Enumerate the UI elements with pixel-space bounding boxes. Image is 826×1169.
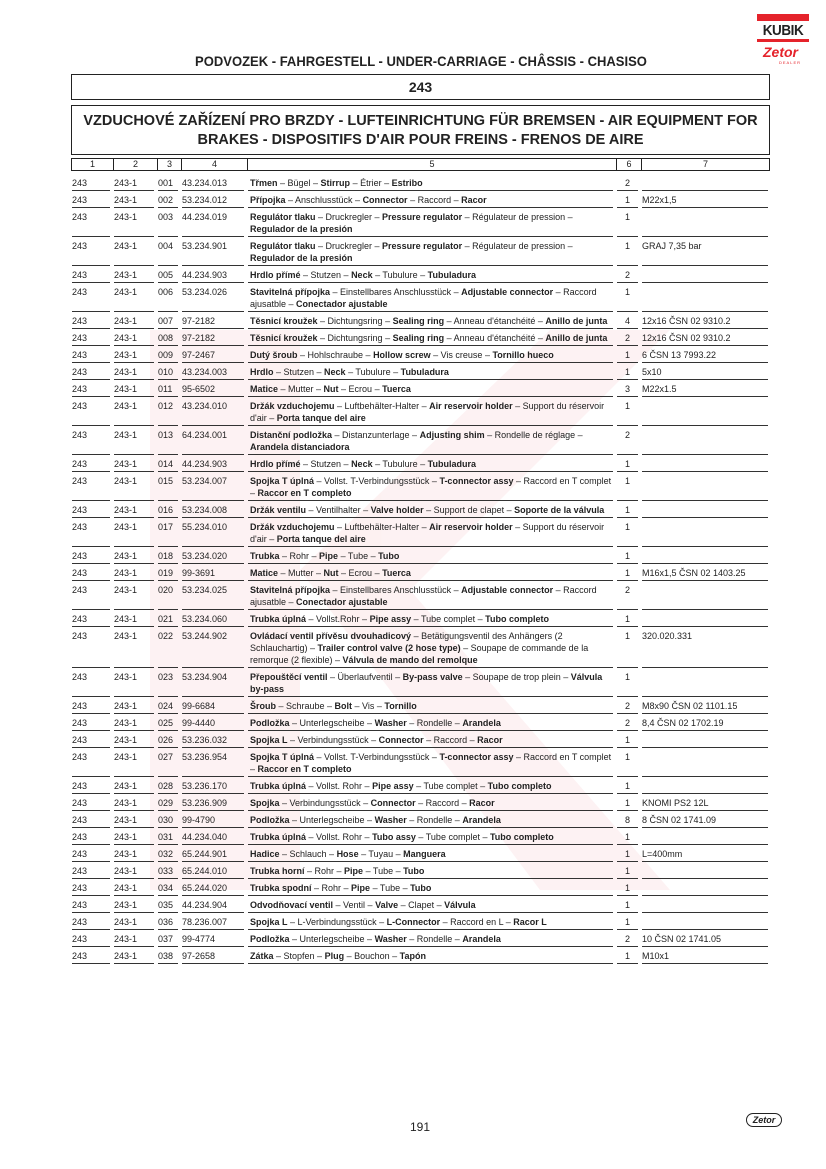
description-cell: Trubka úplná – Vollst. Rohr – Tubo assy … xyxy=(248,828,613,845)
note-cell: 8,4 ČSN 02 1702.19 xyxy=(642,714,768,731)
note-cell xyxy=(642,501,768,518)
description-term-bold: Racor L xyxy=(513,917,547,927)
quantity-cell: 2 xyxy=(617,930,638,947)
position-cell: 024 xyxy=(158,697,178,714)
description-term: – Rohr – xyxy=(280,551,320,561)
part-number-cell: 44.234.904 xyxy=(182,896,244,913)
note-cell: KNOMI PS2 12L xyxy=(642,794,768,811)
part-number-cell: 65.244.020 xyxy=(182,879,244,896)
description-term-bold: Connector xyxy=(379,735,424,745)
group-cell: 243 xyxy=(72,397,110,426)
description-cell: Třmen – Bügel – Stirrup – Étrier – Estri… xyxy=(248,174,613,191)
note-cell: GRAJ 7,35 bar xyxy=(642,237,768,266)
table-row: 243243-100344.234.019Regulátor tlaku – D… xyxy=(72,208,772,237)
table-row: 243243-101853.234.020Trubka – Rohr – Pip… xyxy=(72,547,772,564)
note-cell xyxy=(642,731,768,748)
part-number-cell: 97-2182 xyxy=(182,312,244,329)
table-row: 243243-101653.234.008Držák ventilu – Ven… xyxy=(72,501,772,518)
position-cell: 004 xyxy=(158,237,178,266)
column-3: 3 xyxy=(158,159,182,170)
description-term-bold: Bolt xyxy=(335,701,353,711)
group-cell: 243 xyxy=(72,501,110,518)
description-term-bold: Podložka xyxy=(250,934,290,944)
part-number-cell: 43.234.013 xyxy=(182,174,244,191)
subgroup-cell: 243-1 xyxy=(114,913,154,930)
description-term-bold: Air reservoir holder xyxy=(429,522,513,532)
group-cell: 243 xyxy=(72,346,110,363)
table-row: 243243-101043.234.003Hrdlo – Stutzen – N… xyxy=(72,363,772,380)
description-term: – Tube complet – xyxy=(416,832,490,842)
group-cell: 243 xyxy=(72,237,110,266)
page-number: 191 xyxy=(380,1120,460,1134)
part-number-cell: 53.234.026 xyxy=(182,283,244,312)
description-term: – Soupape de trop plein – xyxy=(463,672,571,682)
description-term: – Stutzen – xyxy=(274,367,325,377)
quantity-cell: 2 xyxy=(617,329,638,346)
position-cell: 037 xyxy=(158,930,178,947)
description-term-bold: Trubka úplná xyxy=(250,614,306,624)
note-cell: 5x10 xyxy=(642,363,768,380)
quantity-cell: 1 xyxy=(617,731,638,748)
description-cell: Podložka – Unterlegscheibe – Washer – Ro… xyxy=(248,811,613,828)
description-cell: Spojka T úplná – Vollst. T-Verbindungsst… xyxy=(248,748,613,777)
position-cell: 014 xyxy=(158,455,178,472)
description-cell: Přípojka – Anschlusstück – Connector – R… xyxy=(248,191,613,208)
part-number-cell: 95-6502 xyxy=(182,380,244,397)
description-term-bold: Válvula de mando del remolque xyxy=(343,655,478,665)
part-number-cell: 53.234.060 xyxy=(182,610,244,627)
description-term: – Bügel – xyxy=(278,178,321,188)
quantity-cell: 1 xyxy=(617,828,638,845)
group-cell: 243 xyxy=(72,913,110,930)
subgroup-cell: 243-1 xyxy=(114,610,154,627)
description-term-bold: Tuerca xyxy=(382,384,411,394)
position-cell: 020 xyxy=(158,581,178,610)
part-number-cell: 99-4774 xyxy=(182,930,244,947)
group-cell: 243 xyxy=(72,329,110,346)
part-number-cell: 97-2182 xyxy=(182,329,244,346)
position-cell: 032 xyxy=(158,845,178,862)
table-row: 243243-101364.234.001Distanční podložka … xyxy=(72,426,772,455)
group-cell: 243 xyxy=(72,930,110,947)
description-term-bold: Arandela distanciadora xyxy=(250,442,350,452)
description-term-bold: Držák ventilu xyxy=(250,505,306,515)
description-cell: Dutý šroub – Hohlschraube – Hollow screw… xyxy=(248,346,613,363)
description-cell: Podložka – Unterlegscheibe – Washer – Ro… xyxy=(248,930,613,947)
part-number-cell: 44.234.903 xyxy=(182,266,244,283)
description-term-bold: Tapón xyxy=(400,951,426,961)
position-cell: 017 xyxy=(158,518,178,547)
description-term-bold: Hrdlo přímé xyxy=(250,270,301,280)
description-term-bold: Adjustable connector xyxy=(461,585,553,595)
quantity-cell: 1 xyxy=(617,191,638,208)
note-cell xyxy=(642,828,768,845)
description-term: – Tube complet – xyxy=(411,614,485,624)
description-term: – Stutzen – xyxy=(301,270,352,280)
description-term: – Vis creuse – xyxy=(431,350,493,360)
description-term: – Stutzen – xyxy=(301,459,352,469)
note-cell xyxy=(642,896,768,913)
position-cell: 003 xyxy=(158,208,178,237)
quantity-cell: 1 xyxy=(617,794,638,811)
group-cell: 243 xyxy=(72,828,110,845)
note-cell xyxy=(642,748,768,777)
description-term-bold: Hadice xyxy=(250,849,280,859)
description-cell: Ovládací ventil přívěsu dvouhadicový – B… xyxy=(248,627,613,668)
position-cell: 001 xyxy=(158,174,178,191)
description-term: – Unterlegscheibe – xyxy=(290,815,375,825)
description-term-bold: Neck xyxy=(351,459,373,469)
position-cell: 036 xyxy=(158,913,178,930)
quantity-cell: 1 xyxy=(617,455,638,472)
description-term: – Dichtungsring – xyxy=(318,316,393,326)
table-row: 243243-100997-2467Dutý šroub – Hohlschra… xyxy=(72,346,772,363)
description-term-bold: Porta tanque del aire xyxy=(277,534,366,544)
subgroup-cell: 243-1 xyxy=(114,397,154,426)
subgroup-cell: 243-1 xyxy=(114,828,154,845)
kubik-zetor-logo: KUBIK Zetor DEALER xyxy=(757,14,809,62)
description-term: – Étrier – xyxy=(350,178,392,188)
description-term: – Luftbehälter-Halter – xyxy=(335,522,430,532)
position-cell: 011 xyxy=(158,380,178,397)
position-cell: 038 xyxy=(158,947,178,964)
subgroup-cell: 243-1 xyxy=(114,329,154,346)
column-header: 1 2 3 4 5 6 7 xyxy=(71,158,770,171)
description-term-bold: Tubuladura xyxy=(428,270,476,280)
description-term-bold: Nut xyxy=(324,568,339,578)
description-cell: Šroub – Schraube – Bolt – Vis – Tornillo xyxy=(248,697,613,714)
subgroup-cell: 243-1 xyxy=(114,794,154,811)
description-term: – Hohlschraube – xyxy=(298,350,374,360)
description-term-bold: Arandela xyxy=(462,934,501,944)
group-cell: 243 xyxy=(72,610,110,627)
description-term: – Vollst. T-Verbindungsstück – xyxy=(314,752,439,762)
description-cell: Hadice – Schlauch – Hose – Tuyau – Mangu… xyxy=(248,845,613,862)
description-term: – Druckregler – xyxy=(316,241,383,251)
description-term: – Rondelle – xyxy=(407,718,463,728)
description-term-bold: Podložka xyxy=(250,718,290,728)
description-cell: Spojka L – L-Verbindungsstück – L-Connec… xyxy=(248,913,613,930)
logo-brand: KUBIK xyxy=(760,22,807,39)
position-cell: 035 xyxy=(158,896,178,913)
description-term-bold: Conectador ajustable xyxy=(296,299,388,309)
description-term: – Raccord en L – xyxy=(440,917,513,927)
description-term-bold: By-pass valve xyxy=(403,672,463,682)
description-term: – Tube complet – xyxy=(414,781,488,791)
description-term-bold: Raccor en T completo xyxy=(258,488,352,498)
part-number-cell: 44.234.019 xyxy=(182,208,244,237)
position-cell: 027 xyxy=(158,748,178,777)
group-cell: 243 xyxy=(72,363,110,380)
description-term-bold: Spojka xyxy=(250,798,280,808)
description-term-bold: Trailer control valve (2 hose type) xyxy=(318,643,461,653)
part-number-cell: 53.234.020 xyxy=(182,547,244,564)
description-term: – Anneau d'étanchéité – xyxy=(444,316,545,326)
note-cell: 6 ČSN 13 7993.22 xyxy=(642,346,768,363)
group-cell: 243 xyxy=(72,266,110,283)
description-term-bold: Pipe xyxy=(344,866,363,876)
description-term-bold: Air reservoir holder xyxy=(429,401,513,411)
quantity-cell: 1 xyxy=(617,610,638,627)
position-cell: 016 xyxy=(158,501,178,518)
description-term-bold: T-connector assy xyxy=(439,752,513,762)
table-row: 243243-101444.234.903Hrdlo přímé – Stutz… xyxy=(72,455,772,472)
subgroup-cell: 243-1 xyxy=(114,547,154,564)
description-term: – Ventilhalter – xyxy=(306,505,371,515)
table-row: 243243-103544.234.904Odvodňovací ventil … xyxy=(72,896,772,913)
position-cell: 022 xyxy=(158,627,178,668)
description-term-bold: Manguera xyxy=(403,849,446,859)
note-cell xyxy=(642,668,768,697)
part-number-cell: 65.244.901 xyxy=(182,845,244,862)
quantity-cell: 1 xyxy=(617,397,638,426)
table-row: 243243-100897-2182Těsnicí kroužek – Dich… xyxy=(72,329,772,346)
description-term: – Régulateur de pression – xyxy=(462,212,573,222)
description-term-bold: Spojka L xyxy=(250,735,288,745)
table-row: 243243-100544.234.903Hrdlo přímé – Stutz… xyxy=(72,266,772,283)
description-term-bold: Arandela xyxy=(462,718,501,728)
description-term-bold: Sealing ring xyxy=(393,316,445,326)
description-term: – Raccord – xyxy=(408,195,462,205)
description-term: – Anneau d'étanchéité – xyxy=(444,333,545,343)
part-number-cell: 65.244.010 xyxy=(182,862,244,879)
group-cell: 243 xyxy=(72,879,110,896)
description-term: – Rohr – xyxy=(312,883,352,893)
description-term: – Einstellbares Anschlusstück – xyxy=(330,585,461,595)
note-cell xyxy=(642,455,768,472)
group-cell: 243 xyxy=(72,777,110,794)
subgroup-cell: 243-1 xyxy=(114,346,154,363)
description-cell: Regulátor tlaku – Druckregler – Pressure… xyxy=(248,208,613,237)
description-term: – L-Verbindungsstück – xyxy=(288,917,387,927)
table-row: 243243-103465.244.020Trubka spodní – Roh… xyxy=(72,879,772,896)
subgroup-cell: 243-1 xyxy=(114,455,154,472)
description-term-bold: Šroub xyxy=(250,701,276,711)
table-row: 243243-102499-6684Šroub – Schraube – Bol… xyxy=(72,697,772,714)
description-term-bold: Stavitelná přípojka xyxy=(250,585,330,595)
description-cell: Hrdlo – Stutzen – Neck – Tubulure – Tubu… xyxy=(248,363,613,380)
group-cell: 243 xyxy=(72,380,110,397)
table-row: 243243-101999-3691Matice – Mutter – Nut … xyxy=(72,564,772,581)
position-cell: 018 xyxy=(158,547,178,564)
part-number-cell: 53.236.170 xyxy=(182,777,244,794)
description-term-bold: Pipe assy xyxy=(372,781,414,791)
subgroup-cell: 243-1 xyxy=(114,668,154,697)
part-number-cell: 53.234.025 xyxy=(182,581,244,610)
group-number: 243 xyxy=(71,74,770,100)
quantity-cell: 1 xyxy=(617,896,638,913)
description-term-bold: L-Connector xyxy=(387,917,441,927)
description-cell: Trubka – Rohr – Pipe – Tube – Tubo xyxy=(248,547,613,564)
description-term-bold: Trubka xyxy=(250,551,280,561)
description-cell: Regulátor tlaku – Druckregler – Pressure… xyxy=(248,237,613,266)
quantity-cell: 2 xyxy=(617,266,638,283)
note-cell xyxy=(642,862,768,879)
description-cell: Stavitelná přípojka – Einstellbares Ansc… xyxy=(248,283,613,312)
group-cell: 243 xyxy=(72,627,110,668)
table-row: 243243-102599-4440Podložka – Unterlegsch… xyxy=(72,714,772,731)
position-cell: 007 xyxy=(158,312,178,329)
table-row: 243243-102353.234.904Přepouštěcí ventil … xyxy=(72,668,772,697)
subgroup-cell: 243-1 xyxy=(114,879,154,896)
note-cell xyxy=(642,879,768,896)
table-row: 243243-102153.234.060Trubka úplná – Voll… xyxy=(72,610,772,627)
description-term-bold: Zátka xyxy=(250,951,274,961)
description-term-bold: Odvodňovací ventil xyxy=(250,900,333,910)
position-cell: 033 xyxy=(158,862,178,879)
description-term-bold: Conectador ajustable xyxy=(296,597,388,607)
description-term: – Anschlusstück – xyxy=(286,195,363,205)
note-cell: L=400mm xyxy=(642,845,768,862)
group-cell: 243 xyxy=(72,862,110,879)
description-term: – Tubulure – xyxy=(346,367,401,377)
column-2: 2 xyxy=(114,159,158,170)
description-term-bold: Tubo completo xyxy=(490,832,554,842)
description-term: – Schlauch – xyxy=(280,849,337,859)
subgroup-cell: 243-1 xyxy=(114,363,154,380)
subgroup-cell: 243-1 xyxy=(114,811,154,828)
description-term: – Mutter – xyxy=(278,568,324,578)
description-term-bold: Stirrup xyxy=(321,178,351,188)
description-term-bold: Adjusting shim xyxy=(420,430,485,440)
quantity-cell: 3 xyxy=(617,380,638,397)
description-term-bold: Neck xyxy=(351,270,373,280)
note-cell xyxy=(642,610,768,627)
description-term: – Ecrou – xyxy=(339,568,383,578)
column-4: 4 xyxy=(182,159,248,170)
quantity-cell: 1 xyxy=(617,748,638,777)
description-term: – Tube – xyxy=(363,866,403,876)
group-cell: 243 xyxy=(72,312,110,329)
quantity-cell: 1 xyxy=(617,777,638,794)
description-term-bold: Hrdlo přímé xyxy=(250,459,301,469)
subgroup-cell: 243-1 xyxy=(114,862,154,879)
group-description: VZDUCHOVÉ ZAŘÍZENÍ PRO BRZDY - LUFTEINRI… xyxy=(71,105,770,155)
description-cell: Trubka horní – Rohr – Pipe – Tube – Tubo xyxy=(248,862,613,879)
subgroup-cell: 243-1 xyxy=(114,312,154,329)
note-cell: M16x1,5 ČSN 02 1403.25 xyxy=(642,564,768,581)
subgroup-cell: 243-1 xyxy=(114,731,154,748)
description-term-bold: Tubo assy xyxy=(372,832,416,842)
description-cell: Trubka úplná – Vollst.Rohr – Pipe assy –… xyxy=(248,610,613,627)
quantity-cell: 2 xyxy=(617,714,638,731)
quantity-cell: 2 xyxy=(617,581,638,610)
position-cell: 028 xyxy=(158,777,178,794)
description-cell: Držák vzduchojemu – Luftbehälter-Halter … xyxy=(248,518,613,547)
description-term-bold: Trubka spodní xyxy=(250,883,312,893)
position-cell: 015 xyxy=(158,472,178,501)
table-row: 243243-101243.234.010Držák vzduchojemu –… xyxy=(72,397,772,426)
table-row: 243243-101553.234.007Spojka T úplná – Vo… xyxy=(72,472,772,501)
description-term: – Vis – xyxy=(352,701,384,711)
position-cell: 010 xyxy=(158,363,178,380)
description-term: – Vollst. T-Verbindungsstück – xyxy=(314,476,439,486)
position-cell: 030 xyxy=(158,811,178,828)
position-cell: 002 xyxy=(158,191,178,208)
table-row: 243243-102753.236.954Spojka T úplná – Vo… xyxy=(72,748,772,777)
part-number-cell: 53.244.902 xyxy=(182,627,244,668)
part-number-cell: 53.236.954 xyxy=(182,748,244,777)
part-number-cell: 55.234.010 xyxy=(182,518,244,547)
description-term-bold: Adjustable connector xyxy=(461,287,553,297)
description-term: – Schraube – xyxy=(276,701,335,711)
group-cell: 243 xyxy=(72,564,110,581)
position-cell: 026 xyxy=(158,731,178,748)
description-term-bold: Soporte de la válvula xyxy=(514,505,604,515)
group-cell: 243 xyxy=(72,714,110,731)
note-cell xyxy=(642,581,768,610)
description-term: – Rohr – xyxy=(305,866,345,876)
group-cell: 243 xyxy=(72,547,110,564)
description-term: – Luftbehälter-Halter – xyxy=(335,401,430,411)
part-number-cell: 99-4790 xyxy=(182,811,244,828)
group-cell: 243 xyxy=(72,731,110,748)
description-term-bold: Connector xyxy=(371,798,416,808)
part-number-cell: 53.234.008 xyxy=(182,501,244,518)
description-cell: Trubka spodní – Rohr – Pipe – Tube – Tub… xyxy=(248,879,613,896)
subgroup-cell: 243-1 xyxy=(114,283,154,312)
group-cell: 243 xyxy=(72,748,110,777)
quantity-cell: 1 xyxy=(617,501,638,518)
description-cell: Podložka – Unterlegscheibe – Washer – Ro… xyxy=(248,714,613,731)
description-term: – Unterlegscheibe – xyxy=(290,718,375,728)
description-cell: Spojka L – Verbindungsstück – Connector … xyxy=(248,731,613,748)
zetor-footer-logo: Zetor xyxy=(746,1113,782,1127)
subgroup-cell: 243-1 xyxy=(114,472,154,501)
quantity-cell: 1 xyxy=(617,564,638,581)
description-term-bold: Tubuladura xyxy=(428,459,476,469)
table-row: 243243-100653.234.026Stavitelná přípojka… xyxy=(72,283,772,312)
table-row: 243243-102853.236.170Trubka úplná – Voll… xyxy=(72,777,772,794)
description-term-bold: Držák vzduchojemu xyxy=(250,522,335,532)
subgroup-cell: 243-1 xyxy=(114,266,154,283)
quantity-cell: 1 xyxy=(617,346,638,363)
position-cell: 008 xyxy=(158,329,178,346)
group-cell: 243 xyxy=(72,896,110,913)
group-cell: 243 xyxy=(72,191,110,208)
description-term-bold: Valve xyxy=(375,900,398,910)
group-cell: 243 xyxy=(72,845,110,862)
table-row: 243243-103265.244.901Hadice – Schlauch –… xyxy=(72,845,772,862)
description-term-bold: Plug xyxy=(325,951,345,961)
logo-tag: DEALER xyxy=(779,60,801,65)
description-term: – Druckregler – xyxy=(316,212,383,222)
description-term-bold: Tubo xyxy=(410,883,431,893)
description-cell: Odvodňovací ventil – Ventil – Valve – Cl… xyxy=(248,896,613,913)
description-term-bold: Trubka úplná xyxy=(250,832,306,842)
position-cell: 031 xyxy=(158,828,178,845)
description-term-bold: Trubka úplná xyxy=(250,781,306,791)
group-cell: 243 xyxy=(72,472,110,501)
position-cell: 012 xyxy=(158,397,178,426)
table-row: 243243-100797-2182Těsnicí kroužek – Dich… xyxy=(72,312,772,329)
description-term: – Mutter – xyxy=(278,384,324,394)
description-term-bold: T-connector assy xyxy=(439,476,513,486)
description-term-bold: Arandela xyxy=(462,815,501,825)
description-term: – Verbindungsstück – xyxy=(288,735,379,745)
table-row: 243243-103365.244.010Trubka horní – Rohr… xyxy=(72,862,772,879)
description-term-bold: Tornillo hueco xyxy=(492,350,553,360)
subgroup-cell: 243-1 xyxy=(114,930,154,947)
description-term-bold: Spojka L xyxy=(250,917,288,927)
table-row: 243243-102253.244.902Ovládací ventil pří… xyxy=(72,627,772,668)
quantity-cell: 1 xyxy=(617,627,638,668)
description-term: – Ecrou – xyxy=(339,384,383,394)
description-term-bold: Držák vzduchojemu xyxy=(250,401,335,411)
description-term: – Stopfen – xyxy=(274,951,325,961)
description-term: – Support de clapet – xyxy=(424,505,515,515)
note-cell: 12x16 ČSN 02 9310.2 xyxy=(642,329,768,346)
